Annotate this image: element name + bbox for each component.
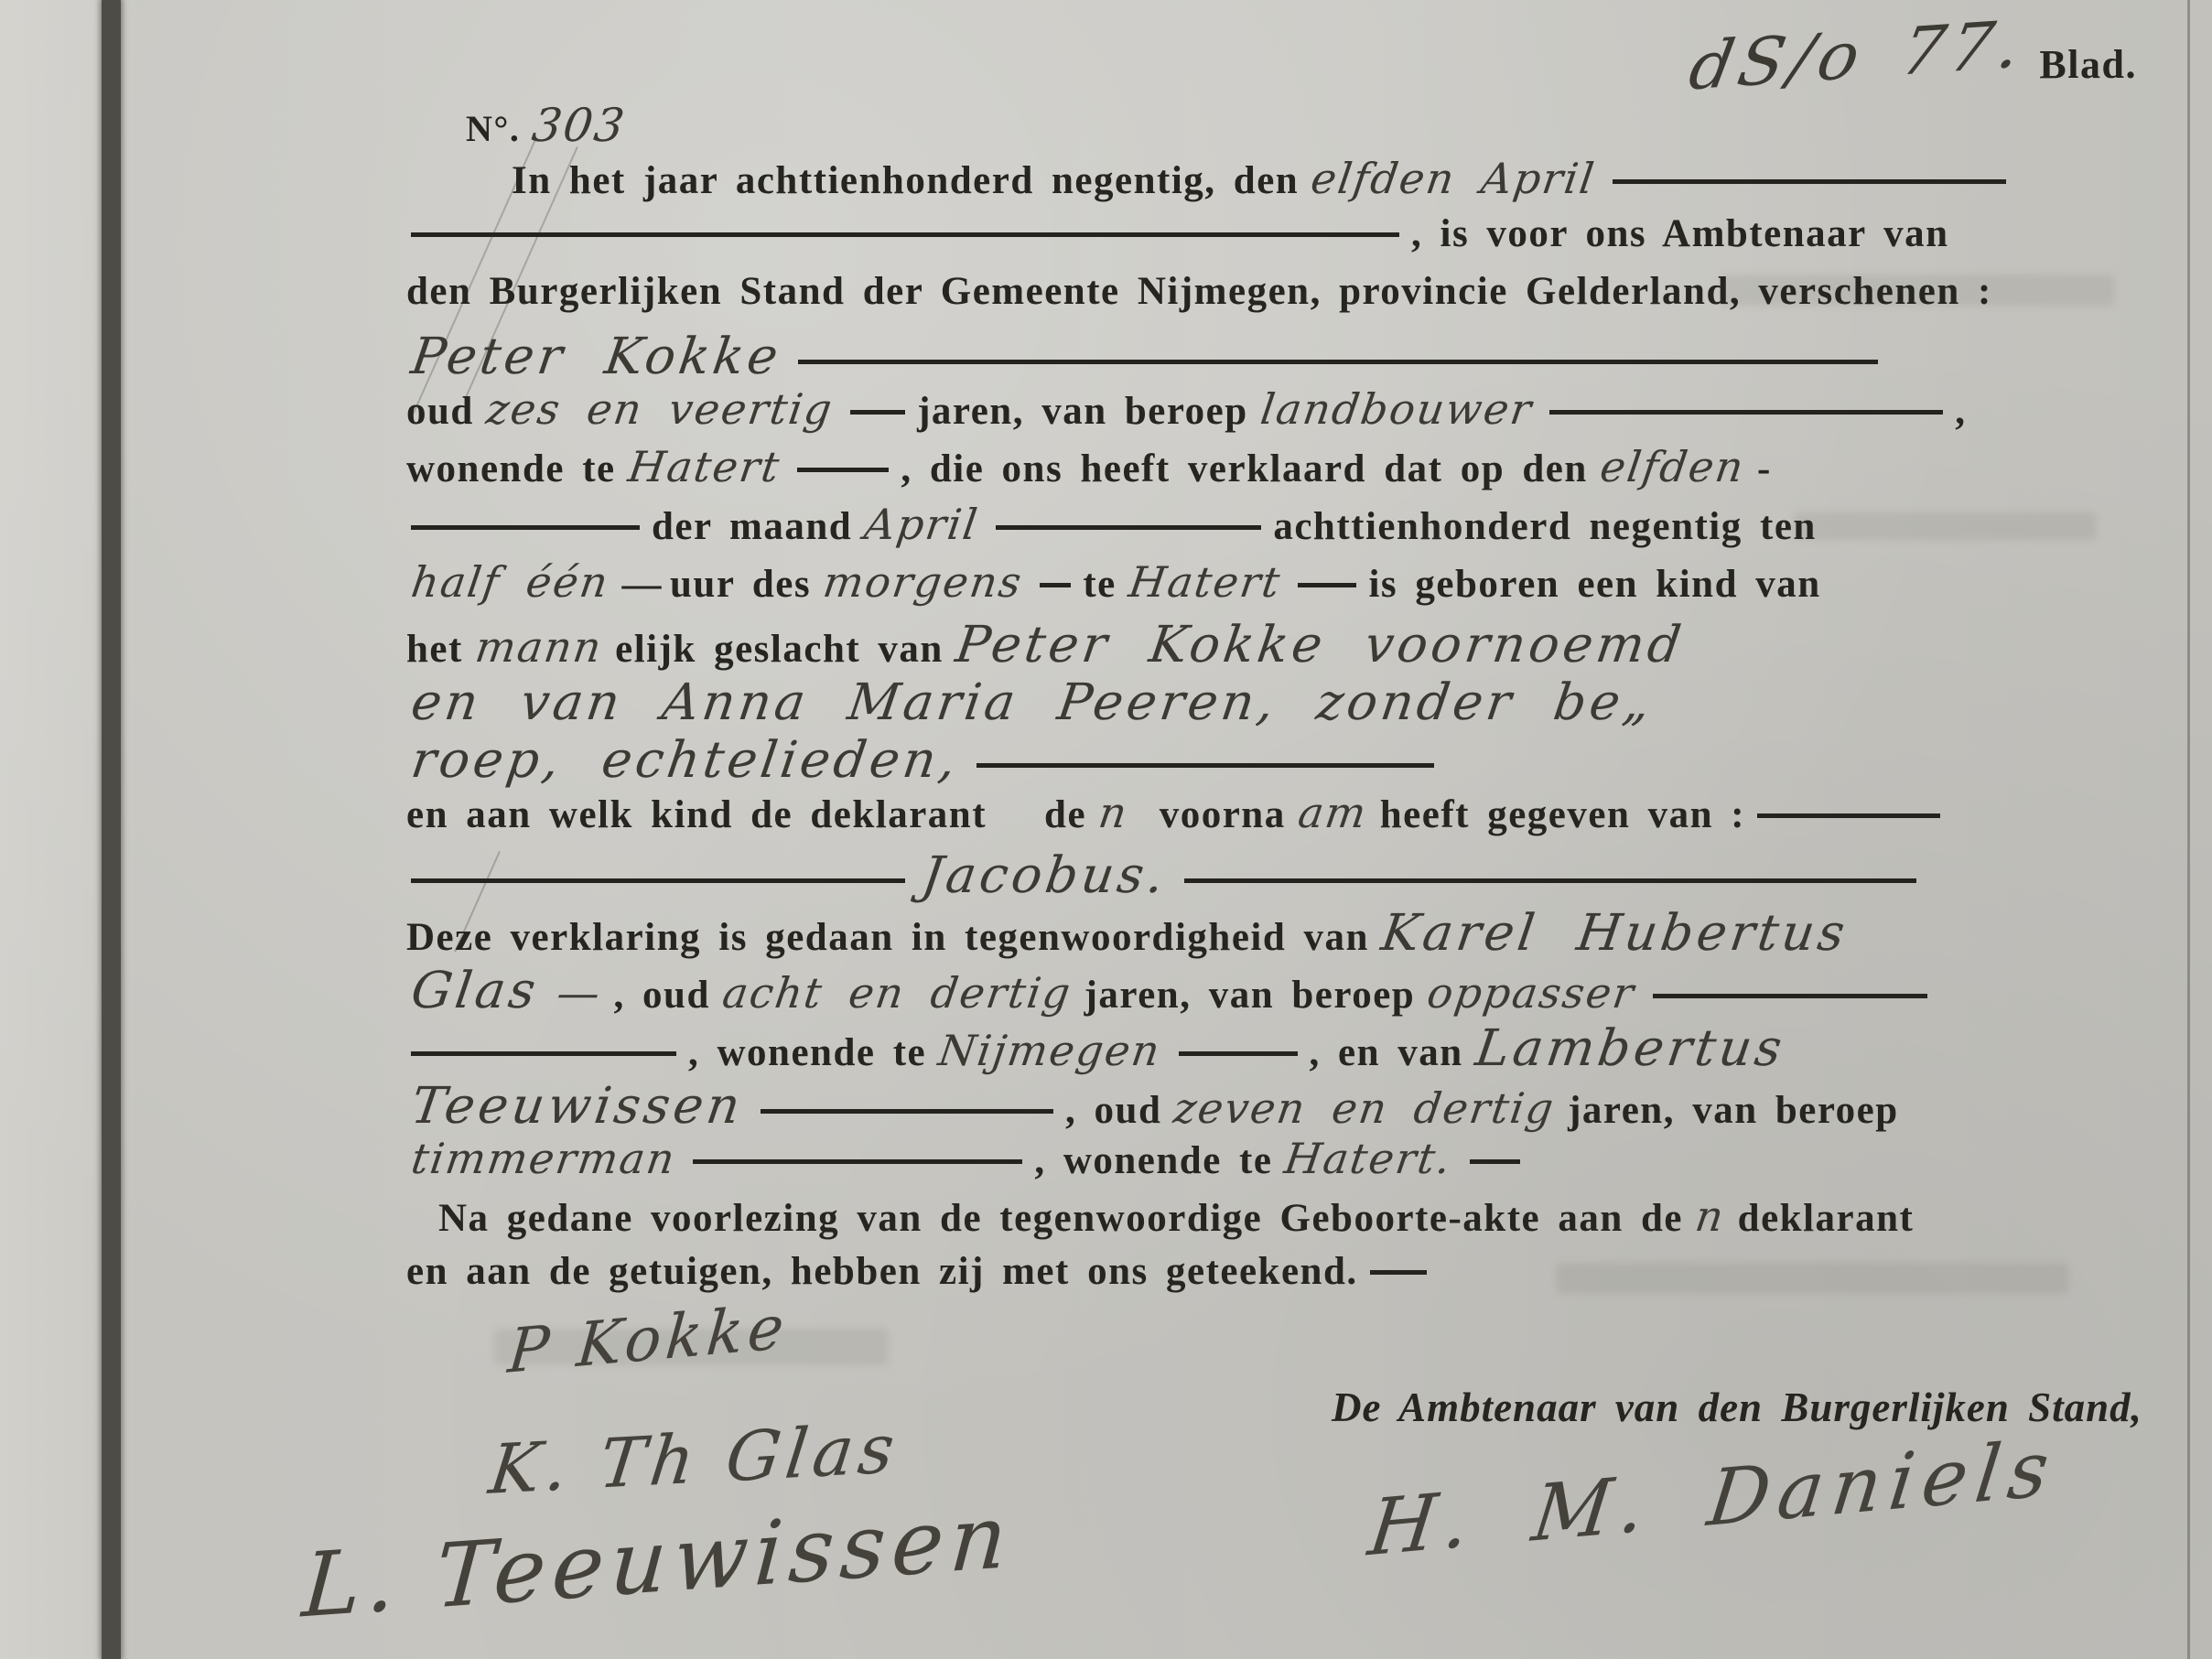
handwritten-text: —	[554, 968, 605, 1018]
document-line: Glas—, oudacht en dertigjaren, van beroe…	[403, 961, 2142, 1018]
handwritten-text: Peter Kokke voornoemd	[952, 615, 1688, 673]
document-line: en aan de getuigen, hebben zij met ons g…	[403, 1249, 2142, 1307]
handwritten-text: half één	[408, 557, 612, 607]
document-line: In het jaar achttienhonderd negentig, de…	[403, 154, 2142, 211]
handwritten-text: zeven en dertig	[1171, 1083, 1559, 1133]
printed-text: , wonende te	[688, 1031, 926, 1074]
fill-line	[977, 758, 1434, 768]
act-number-value: 303	[529, 99, 630, 152]
document-line: timmerman, wonende teHatert.	[403, 1134, 2142, 1191]
printed-text: jaren, van beroep	[1084, 974, 1416, 1017]
handwritten-text: Karel Hubertus	[1377, 903, 1851, 962]
printed-text: deklarant	[1738, 1197, 1915, 1240]
fill-line	[798, 354, 1878, 364]
handwritten-text: Teeuwissen	[408, 1076, 748, 1135]
handwritten-text: Nijmegen	[935, 1026, 1164, 1075]
handwritten-text: Peter Kokke	[408, 327, 785, 385]
handwritten-text: landbouwer	[1257, 384, 1536, 434]
printed-text: , is voor ons Ambtenaar van	[1411, 212, 1949, 255]
printed-text: voorna	[1160, 793, 1286, 836]
handwritten-text: acht en dertig	[719, 968, 1074, 1018]
binding-edge-line	[102, 0, 121, 1659]
printed-text: jaren, van beroep	[1568, 1089, 1899, 1132]
document-line: den Burgerlijken Stand der Gemeente Nijm…	[403, 269, 2142, 327]
document-line: oudzes en veertigjaren, van beroeplandbo…	[403, 384, 2142, 442]
fill-line	[1184, 873, 1916, 883]
fill-line	[1549, 404, 1943, 415]
fill-line	[1470, 1154, 1520, 1164]
spacer	[403, 191, 508, 193]
printed-text: en aan welk kind de deklarant	[406, 793, 987, 836]
fill-line	[1653, 988, 1927, 998]
printed-text: het	[406, 628, 463, 671]
act-number-label: N°.	[466, 108, 520, 149]
printed-text: te	[1083, 563, 1116, 606]
signature-witness-1: K. Th Glas	[485, 1409, 904, 1510]
handwritten-text: oppasser	[1424, 968, 1638, 1018]
fill-line	[411, 873, 905, 883]
document-line: Teeuwissen, oudzeven en dertigjaren, van…	[403, 1076, 2142, 1134]
handwritten-text: Lambertus	[1472, 1018, 1788, 1077]
printed-text: jaren, van beroep	[917, 390, 1248, 433]
fill-line	[1757, 808, 1940, 818]
handwritten-text: Hatert	[625, 442, 783, 491]
handwritten-text: n	[1692, 1191, 1728, 1241]
fill-line	[797, 462, 889, 472]
printed-text: In het jaar achttienhonderd negentig, de…	[512, 159, 1299, 202]
printed-text: Na gedane voorlezing van de tegenwoordig…	[438, 1197, 1683, 1240]
document-line: Peter Kokke	[403, 327, 2142, 384]
document-line: , wonende teNijmegen, en vanLambertus	[403, 1018, 2142, 1076]
printed-text: de	[1044, 793, 1086, 836]
signature-witness-2: L. Teeuwissen	[299, 1484, 1017, 1637]
fill-line	[996, 520, 1261, 530]
document-line: en van Anna Maria Peeren, zonder be„	[403, 673, 2142, 730]
spacer	[403, 1229, 435, 1231]
printed-text: , oud	[614, 974, 710, 1017]
handwritten-text: en van Anna Maria Peeren, zonder be„	[408, 673, 1657, 731]
printed-text: , die ons heeft verklaard dat op den	[901, 447, 1587, 490]
signature-official: H. M. Daniels	[1364, 1422, 2062, 1573]
printed-text: heeft gegeven van :	[1380, 793, 1745, 836]
fill-line	[1298, 577, 1356, 587]
fill-line	[411, 227, 1399, 237]
printed-text: uur des	[670, 563, 811, 606]
fill-line	[1370, 1265, 1427, 1275]
handwritten-text: morgens	[820, 557, 1026, 607]
handwritten-text: Hatert.	[1282, 1134, 1456, 1183]
printed-text: wonende te	[406, 447, 616, 490]
handwritten-text: Glas	[408, 961, 544, 1019]
fill-line	[1613, 174, 2006, 184]
fill-line	[1040, 577, 1071, 587]
fill-line	[761, 1104, 1053, 1114]
printed-text: elijk geslacht van	[615, 628, 944, 671]
fill-line	[693, 1154, 1022, 1164]
document-line: Jacobus.	[403, 846, 2142, 903]
printed-text: achttienhonderd negentig ten	[1273, 505, 1817, 548]
handwritten-text: Hatert	[1126, 557, 1284, 607]
handwritten-text: Jacobus.	[919, 846, 1171, 904]
handwritten-text: n	[1095, 788, 1131, 837]
printed-text: , wonende te	[1034, 1139, 1272, 1182]
document-line: hetmannelijk geslacht vanPeter Kokke voo…	[403, 615, 2142, 673]
printed-text: den Burgerlijken Stand der Gemeente Nijm…	[406, 270, 1992, 313]
handwritten-text: mann	[472, 622, 606, 672]
document-line: der maandAprilachttienhonderd negentig t…	[403, 500, 2142, 557]
document-line: en aan welk kind de deklarantdenvoornaam…	[403, 788, 2142, 846]
blad-label: Blad.	[2039, 42, 2137, 87]
corner-annotation: dS/o 77. Blad.	[1684, 16, 2141, 93]
printed-text: ,	[1955, 390, 1966, 433]
document-line: roep, echtelieden,	[403, 730, 2142, 788]
body-text: In het jaar achttienhonderd negentig, de…	[403, 154, 2142, 1307]
handwritten-text: elfden April	[1308, 154, 1599, 203]
handwritten-text: elfden	[1597, 442, 1748, 491]
document-line: , is voor ons Ambtenaar van	[403, 211, 2142, 269]
fill-line	[850, 404, 905, 415]
printed-text: der maand	[652, 505, 852, 548]
handwritten-text: roep, echtelieden,	[408, 730, 964, 789]
handwritten-text: am	[1295, 788, 1371, 837]
document-line: Na gedane voorlezing van de tegenwoordig…	[403, 1191, 2142, 1249]
page-edge-line	[2187, 0, 2190, 1659]
fill-line	[1179, 1046, 1298, 1056]
handwritten-text: zes en veertig	[483, 384, 836, 434]
fill-line	[411, 1046, 676, 1056]
document-line: half één—uur desmorgensteHatertis gebore…	[403, 557, 2142, 615]
spacer	[990, 825, 1041, 827]
handwritten-text: timmerman	[408, 1134, 679, 1183]
fill-line	[411, 520, 640, 530]
handwritten-folio-mark: dS/o 77.	[1684, 5, 2033, 105]
printed-text: is geboren een kind van	[1368, 563, 1820, 606]
printed-text: Deze verklaring is gedaan in tegenwoordi…	[406, 916, 1369, 959]
printed-text: —	[621, 563, 663, 606]
act-number: N°.303	[462, 99, 635, 152]
document-line: wonende teHatert, die ons heeft verklaar…	[403, 442, 2142, 500]
document-line: Deze verklaring is gedaan in tegenwoordi…	[403, 903, 2142, 961]
printed-text: oud	[406, 390, 474, 433]
printed-text: en aan de getuigen, hebben zij met ons g…	[406, 1250, 1358, 1293]
printed-text: , en van	[1310, 1031, 1463, 1074]
printed-text: -	[1757, 447, 1772, 490]
document-page: dS/o 77. Blad. N°.303 In het jaar achtti…	[0, 0, 2212, 1659]
printed-text: , oud	[1065, 1089, 1161, 1132]
spacer	[1138, 825, 1156, 827]
official-title: De Ambtenaar van den Burgerlijken Stand,	[1332, 1384, 2142, 1431]
handwritten-text: April	[861, 500, 982, 549]
